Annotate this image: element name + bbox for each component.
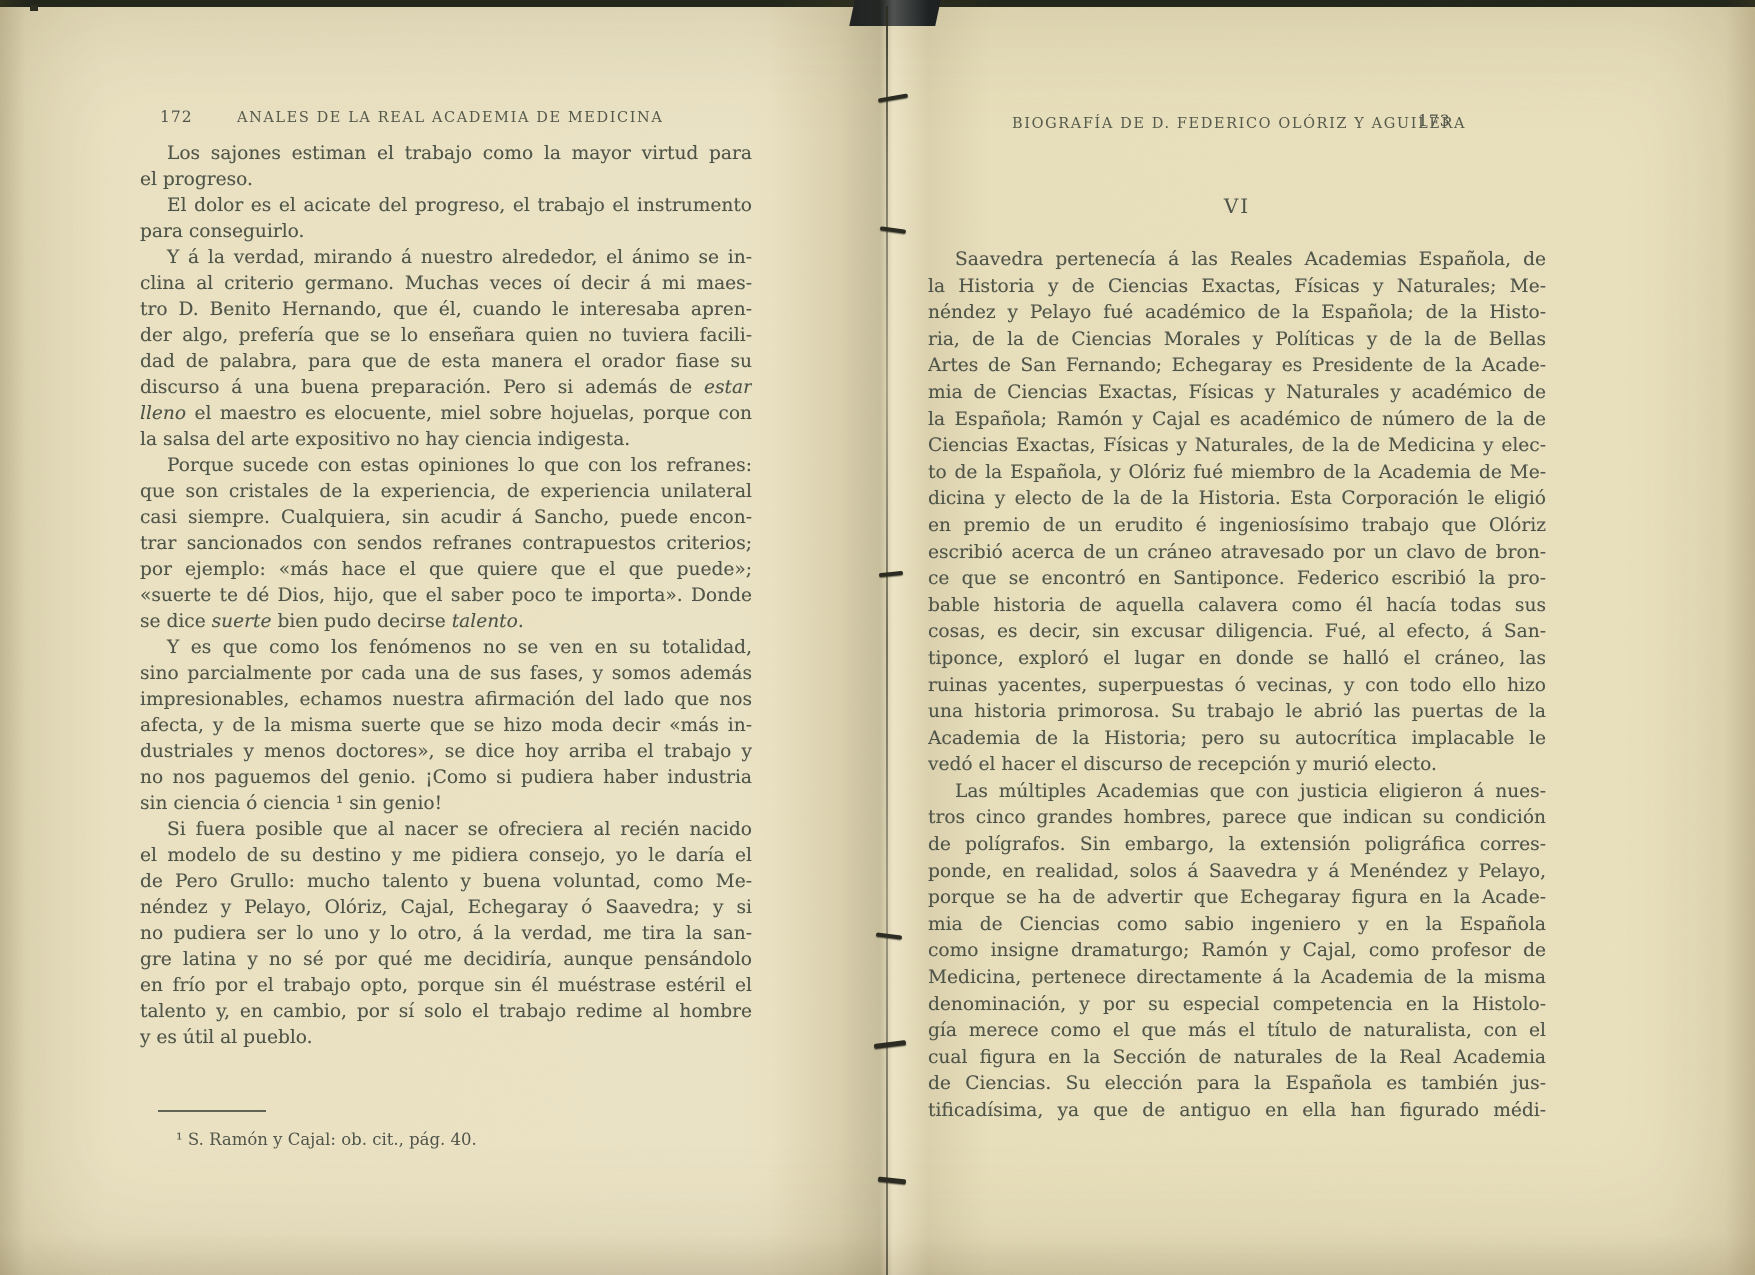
text-line: Porque sucede con estas opiniones lo que…: [140, 453, 752, 479]
text-line: de Ciencias. Su elección para la Español…: [928, 1071, 1546, 1098]
text-line: que son cristales de la experiencia, de …: [140, 479, 752, 505]
text-line: gía merece como el que más el título de …: [928, 1018, 1546, 1045]
text-line: y es útil al pueblo.: [140, 1025, 752, 1051]
text-line: Y á la verdad, mirando á nuestro alreded…: [140, 245, 752, 271]
text-line: afecta, y de la misma suerte que se hizo…: [140, 713, 752, 739]
text-line: en premio de un erudito é ingeniosísimo …: [928, 513, 1546, 540]
text-line: en frío por el trabajo opto, porque sin …: [140, 973, 752, 999]
text-line: bable historia de aquella calavera como …: [928, 593, 1546, 620]
text-line: para conseguirlo.: [140, 219, 752, 245]
text-line: Los sajones estiman el trabajo como la m…: [140, 141, 752, 167]
text-line: sin ciencia ó ciencia ¹ sin genio!: [140, 791, 752, 817]
text-line: Academia de la Historia; pero su autocrí…: [928, 726, 1546, 753]
paragraph: Y á la verdad, mirando á nuestro alreded…: [140, 245, 752, 453]
text-line: der algo, prefería que se lo enseñara qu…: [140, 323, 752, 349]
text-line: Si fuera posible que al nacer se ofrecie…: [140, 817, 752, 843]
binding-crease-line: [886, 6, 888, 1275]
left-page-text-column: Los sajones estiman el trabajo como la m…: [140, 141, 752, 1051]
text-line: mia de Ciencias como sabio ingeniero y e…: [928, 912, 1546, 939]
text-line: la salsa del arte expositivo no hay cien…: [140, 427, 752, 453]
text-line: Las múltiples Academias que con justicia…: [928, 779, 1546, 806]
paragraph: El dolor es el acicate del progreso, el …: [140, 193, 752, 245]
text-line: dustriales y menos doctores», se dice ho…: [140, 739, 752, 765]
text-line: tro D. Benito Hernando, que él, cuando l…: [140, 297, 752, 323]
text-line: El dolor es el acicate del progreso, el …: [140, 193, 752, 219]
text-line: discurso á una buena preparación. Pero s…: [140, 375, 752, 401]
text-line: Y es que como los fenómenos no se ven en…: [140, 635, 752, 661]
text-line: cual figura en la Sección de naturales d…: [928, 1045, 1546, 1072]
paragraph: Si fuera posible que al nacer se ofrecie…: [140, 817, 752, 1051]
paragraph: Saavedra pertenecía á las Reales Academi…: [928, 247, 1546, 779]
paragraph: Y es que como los fenómenos no se ven en…: [140, 635, 752, 817]
text-line: el modelo de su destino y me pidiera con…: [140, 843, 752, 869]
text-line: impresionables, echamos nuestra afirmaci…: [140, 687, 752, 713]
text-line: el progreso.: [140, 167, 752, 193]
text-line: néndez y Pelayo fué académico de la Espa…: [928, 300, 1546, 327]
paragraph: Porque sucede con estas opiniones lo que…: [140, 453, 752, 635]
left-running-header: ANALES DE LA REAL ACADEMIA DE MEDICINA: [237, 110, 663, 126]
left-page-number: 172: [160, 108, 193, 126]
text-line: talento y, en cambio, por sí solo el tra…: [140, 999, 752, 1025]
right-page-text-column: Saavedra pertenecía á las Reales Academi…: [928, 247, 1546, 1125]
footnote-text: ¹ S. Ramón y Cajal: ob. cit., pág. 40.: [150, 1130, 776, 1149]
book-scan-spread: 172 ANALES DE LA REAL ACADEMIA DE MEDICI…: [0, 0, 1755, 1275]
text-line: Medicina, pertenece directamente á la Ac…: [928, 965, 1546, 992]
text-line: no nos paguemos del genio. ¡Como si pudi…: [140, 765, 752, 791]
text-line: clina al criterio germano. Muchas veces …: [140, 271, 752, 297]
right-page-number: 173: [1418, 112, 1451, 130]
paragraph: Los sajones estiman el trabajo como la m…: [140, 141, 752, 193]
right-edge-shading: [1725, 0, 1755, 1275]
text-line: dicina y electo de la de la Historia. Es…: [928, 486, 1546, 513]
text-line: cosas, es decir, sin excusar diligencia.…: [928, 619, 1546, 646]
text-line: denominación, y por su especial competen…: [928, 992, 1546, 1019]
text-line: Saavedra pertenecía á las Reales Academi…: [928, 247, 1546, 274]
text-line: de polígrafos. Sin embargo, la extensión…: [928, 832, 1546, 859]
text-line: ponde, en realidad, solos á Saavedra y á…: [928, 859, 1546, 886]
text-line: mia de Ciencias Exactas, Físicas y Natur…: [928, 380, 1546, 407]
scan-top-edge-notch: [30, 5, 38, 11]
chapter-heading: VI: [928, 194, 1546, 218]
text-line: porque se ha de advertir que Echegaray f…: [928, 885, 1546, 912]
text-line: sino parcialmente por cada una de sus fa…: [140, 661, 752, 687]
text-line: escribió acerca de un cráneo atravesado …: [928, 540, 1546, 567]
right-running-header: BIOGRAFÍA DE D. FEDERICO OLÓRIZ Y AGUILE…: [1012, 116, 1466, 132]
text-line: vedó el hacer el discurso de recepción y…: [928, 752, 1546, 779]
text-line: tificadísima, ya que de antiguo en ella …: [928, 1098, 1546, 1125]
text-line: lleno el maestro es elocuente, miel sobr…: [140, 401, 752, 427]
text-line: casi siempre. Cualquiera, sin acudir á S…: [140, 505, 752, 531]
footnote-separator-rule: [158, 1110, 266, 1112]
text-line: Artes de San Fernando; Echegaray es Pres…: [928, 353, 1546, 380]
text-line: de Pero Grullo: mucho talento y buena vo…: [140, 869, 752, 895]
text-line: una historia primorosa. Su trabajo le ab…: [928, 699, 1546, 726]
left-edge-shading: [0, 0, 26, 1275]
text-line: néndez y Pelayo, Olóriz, Cajal, Echegara…: [140, 895, 752, 921]
text-line: ruinas yacentes, superpuestas ó vecinas,…: [928, 673, 1546, 700]
text-line: tros cinco grandes hombres, parece que i…: [928, 805, 1546, 832]
text-line: gre latina y no sé por qué me decidiría,…: [140, 947, 752, 973]
text-line: Ciencias Exactas, Físicas y Naturales, d…: [928, 433, 1546, 460]
text-line: to de la Española, y Olóriz fué miembro …: [928, 460, 1546, 487]
text-line: ria, de la de Ciencias Morales y Polític…: [928, 327, 1546, 354]
text-line: no pudiera ser lo uno y lo otro, á la ve…: [140, 921, 752, 947]
text-line: se dice suerte bien pudo decirse talento…: [140, 609, 752, 635]
paragraph: Las múltiples Academias que con justicia…: [928, 779, 1546, 1125]
text-line: tiponce, exploró el lugar en donde se ha…: [928, 646, 1546, 673]
text-line: la Española; Ramón y Cajal es académico …: [928, 407, 1546, 434]
text-line: como insigne dramaturgo; Ramón y Cajal, …: [928, 938, 1546, 965]
text-line: «suerte te dé Dios, hijo, que el saber p…: [140, 583, 752, 609]
text-line: ce que se encontró en Santiponce. Federi…: [928, 566, 1546, 593]
text-line: dad de palabra, para que de esta manera …: [140, 349, 752, 375]
text-line: trar sancionados con sendos refranes con…: [140, 531, 752, 557]
text-line: por ejemplo: «más hace el que quiere que…: [140, 557, 752, 583]
text-line: la Historia y de Ciencias Exactas, Físic…: [928, 274, 1546, 301]
